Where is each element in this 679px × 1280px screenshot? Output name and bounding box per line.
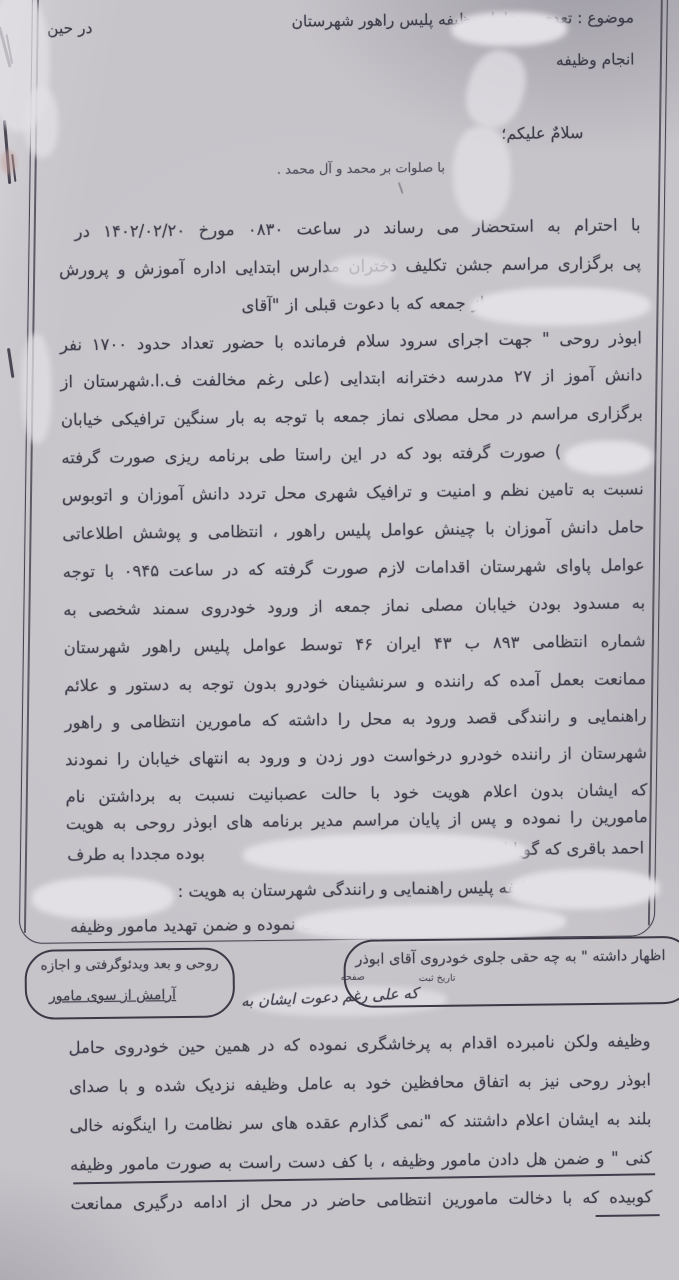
whiteout-patch xyxy=(451,11,567,46)
whiteout-patch xyxy=(328,255,394,286)
salutation: سلامٌ علیکم؛ xyxy=(501,123,583,143)
underline-kubideh-word xyxy=(596,1214,660,1216)
footer-line: کنی " و ضمن هل دادن مامور وظیفه ، با کف … xyxy=(70,1149,652,1174)
redacted-line-left-part: بوده مجددا به طرف xyxy=(67,844,205,865)
whiteout-patch xyxy=(21,334,52,444)
whiteout-patch xyxy=(31,876,174,920)
footer-line: ابوذر روحی نیز به اتفاق محافظین خود به ع… xyxy=(69,1071,651,1096)
subject-line-suffix: در حین xyxy=(47,19,93,38)
underline-assault-phrase xyxy=(73,1173,655,1184)
subject-line-2: انجام وظیفه xyxy=(556,50,635,69)
edge-pen-mark xyxy=(7,348,14,378)
bubbled-quote-left: روحی و بعد ویدئوگرفتی و اجازه xyxy=(40,956,218,974)
handwritten-note-date: تاریخ ثبت xyxy=(419,973,456,984)
scanned-document-page: موضوع : تعدی به عامل وظیفه پلیس راهور شه… xyxy=(0,0,679,1280)
footer-line: وظیفه ولکن نامبرده اقدام به پرخاشگری نمو… xyxy=(68,1032,650,1057)
document-sheet: موضوع : تعدی به عامل وظیفه پلیس راهور شه… xyxy=(0,0,679,1280)
blessing-line: با صلوات بر محمد و آل محمد . xyxy=(277,161,445,178)
bubbled-quote-left-line2: آرامش از سوی مامور xyxy=(49,987,176,1005)
pink-smudge-mark xyxy=(1,150,17,174)
whiteout-patch xyxy=(452,126,511,223)
footer-line: بلند به ایشان اعلام داشتند که "نمی گذارم… xyxy=(69,1110,651,1135)
handwritten-note-page: صفحه xyxy=(341,972,365,983)
footer-line: کوبیده که با دخالت مامورین انتظامی حاضر … xyxy=(70,1188,652,1213)
whiteout-patch xyxy=(564,440,652,475)
whiteout-patch xyxy=(507,868,659,910)
